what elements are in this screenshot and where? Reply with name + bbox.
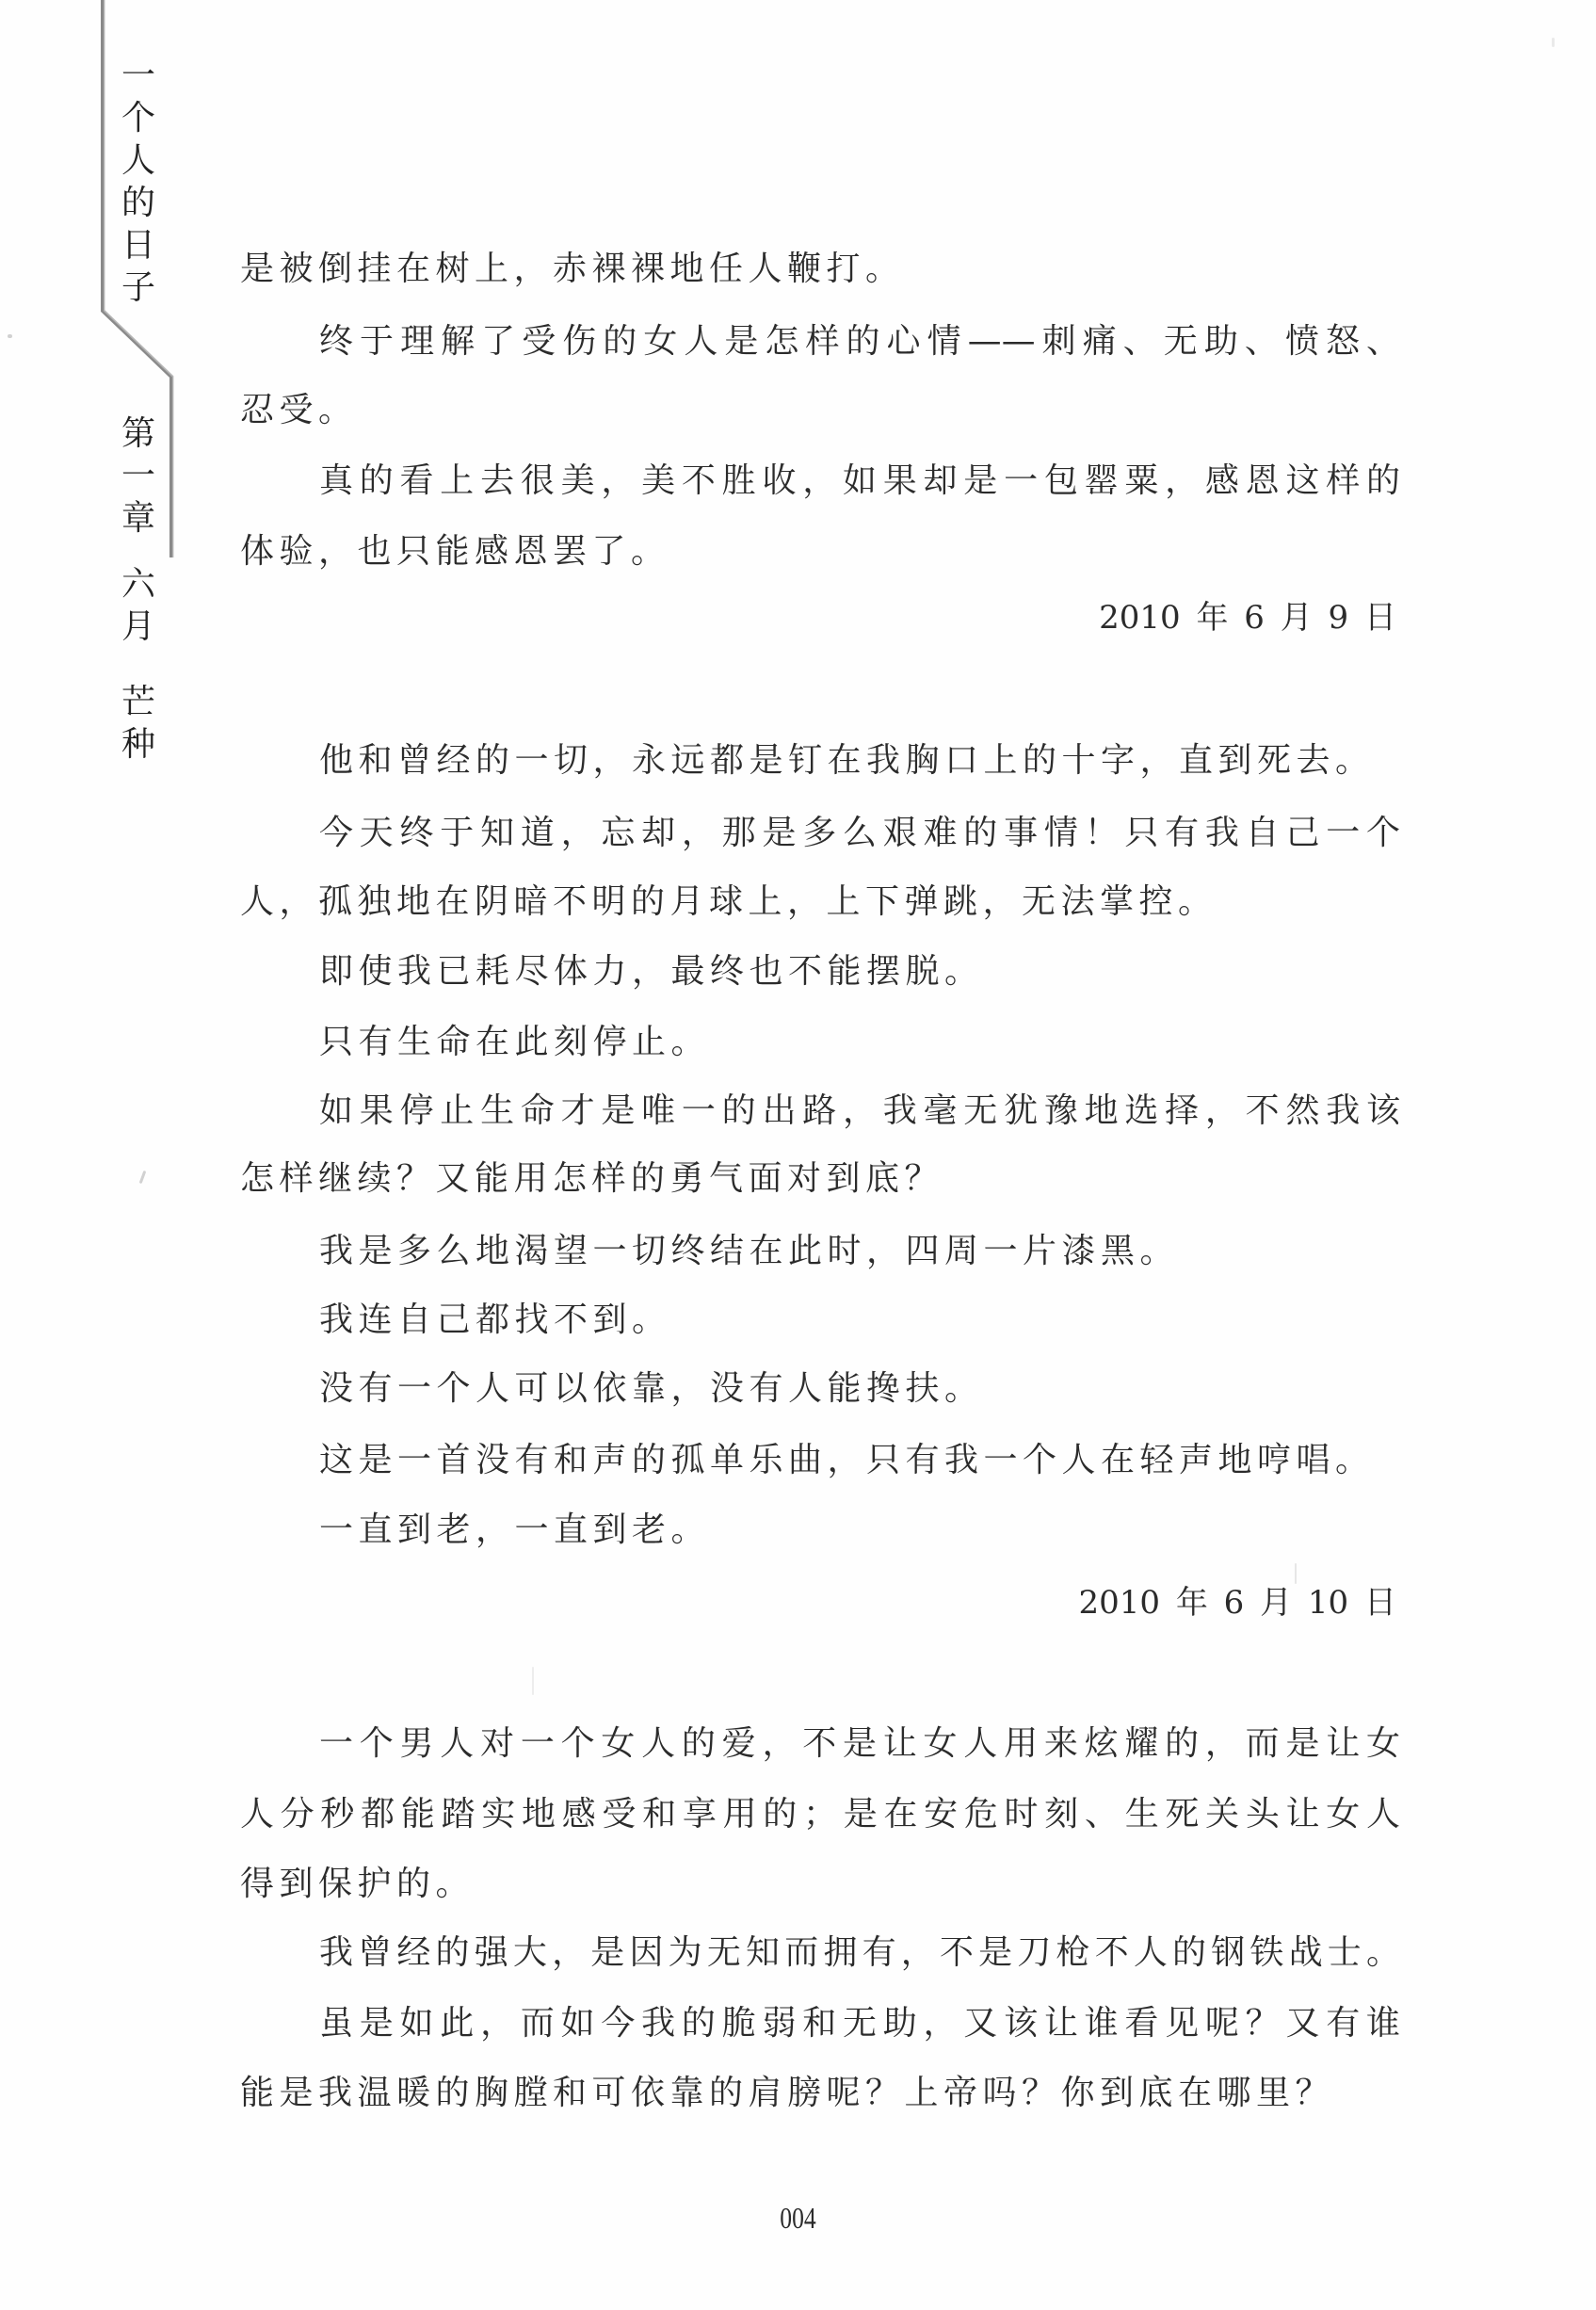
- paragraph-line: 终于理解了受伤的女人是怎样的心情——刺痛、无助、愤怒、: [319, 321, 1400, 363]
- paragraph-line: 一个男人对一个女人的爱，不是让女人用来炫耀的，而是让女: [319, 1723, 1400, 1765]
- paragraph-line: 忍受。: [240, 390, 1400, 431]
- paragraph-line: 人，孤独地在阴暗不明的月球上，上下弹跳，无法掌控。: [240, 881, 1400, 923]
- chapter-char: 第: [115, 412, 162, 455]
- paragraph-line: 今天终于知道，忘却，那是多么艰难的事情！只有我自己一个: [319, 813, 1400, 854]
- book-page: 一 个 人 的 日 子 第 一 章 六 月 芒 种 是被倒挂在树上，赤裸裸地任人…: [0, 0, 1596, 2310]
- paragraph-line: 是被倒挂在树上，赤裸裸地任人鞭打。: [240, 249, 1400, 290]
- paragraph-line: 得到保护的。: [240, 1864, 1400, 1905]
- paragraph-line: 我是多么地渴望一切终结在此时，四周一片漆黑。: [319, 1231, 1400, 1272]
- month-char: 月: [115, 606, 162, 648]
- chapter-char: 章: [115, 497, 162, 540]
- solar-term-char: 种: [115, 723, 162, 766]
- paragraph-line: 没有一个人可以依靠，没有人能搀扶。: [319, 1368, 1400, 1410]
- title-char: 日: [115, 224, 162, 267]
- paragraph-line: 一直到老，一直到老。: [319, 1510, 1400, 1551]
- solar-term-char: 芒: [115, 681, 162, 723]
- entry-date: 2010 年 6 月 9 日: [1099, 597, 1396, 638]
- paragraph-line: 如果停止生命才是唯一的出路，我毫无犹豫地选择，不然我该: [319, 1090, 1400, 1132]
- paragraph-line: 体验，也只能感恩罢了。: [240, 531, 1400, 573]
- scan-speck: [139, 1171, 147, 1184]
- scan-speck: [8, 334, 12, 338]
- running-head-solar-term: 芒 种: [115, 681, 162, 766]
- scan-speck: [532, 1667, 534, 1695]
- running-head-month: 六 月: [115, 563, 162, 648]
- paragraph-line: 即使我已耗尽体力，最终也不能摆脱。: [319, 951, 1400, 993]
- running-head-book-title: 一 个 人 的 日 子: [115, 55, 162, 309]
- paragraph-line: 我曾经的强大，是因为无知而拥有，不是刀枪不人的钢铁战士。: [319, 1932, 1400, 1974]
- paragraph-line: 真的看上去很美，美不胜收，如果却是一包罂粟，感恩这样的: [319, 460, 1400, 502]
- running-head-chapter: 第 一 章: [115, 412, 162, 540]
- scan-speck: [1295, 1563, 1297, 1584]
- title-char: 一: [115, 55, 162, 97]
- title-char: 子: [115, 267, 162, 309]
- paragraph-line: 他和曾经的一切，永远都是钉在我胸口上的十字，直到死去。: [319, 740, 1400, 782]
- title-char: 的: [115, 182, 162, 224]
- paragraph-line: 我连自己都找不到。: [319, 1300, 1400, 1341]
- month-char: 六: [115, 563, 162, 606]
- entry-date: 2010 年 6 月 10 日: [1079, 1582, 1396, 1623]
- chapter-char: 一: [115, 455, 162, 497]
- paragraph-line: 虽是如此，而如今我的脆弱和无助，又该让谁看见呢？又有谁: [319, 2003, 1400, 2044]
- paragraph-line: 能是我温暖的胸膛和可依靠的肩膀呢？上帝吗？你到底在哪里？: [240, 2073, 1400, 2114]
- title-char: 人: [115, 139, 162, 182]
- paragraph-line: 只有生命在此刻停止。: [319, 1022, 1400, 1063]
- scan-speck: [1552, 38, 1555, 47]
- title-char: 个: [115, 97, 162, 139]
- page-number: 004: [160, 2199, 1437, 2237]
- paragraph-line: 怎样继续？又能用怎样的勇气面对到底？: [240, 1158, 1400, 1200]
- running-head-rule: [0, 0, 207, 584]
- paragraph-line: 人分秒都能踏实地感受和享用的；是在安危时刻、生死关头让女人: [240, 1794, 1400, 1835]
- paragraph-line: 这是一首没有和声的孤单乐曲，只有我一个人在轻声地哼唱。: [319, 1440, 1400, 1481]
